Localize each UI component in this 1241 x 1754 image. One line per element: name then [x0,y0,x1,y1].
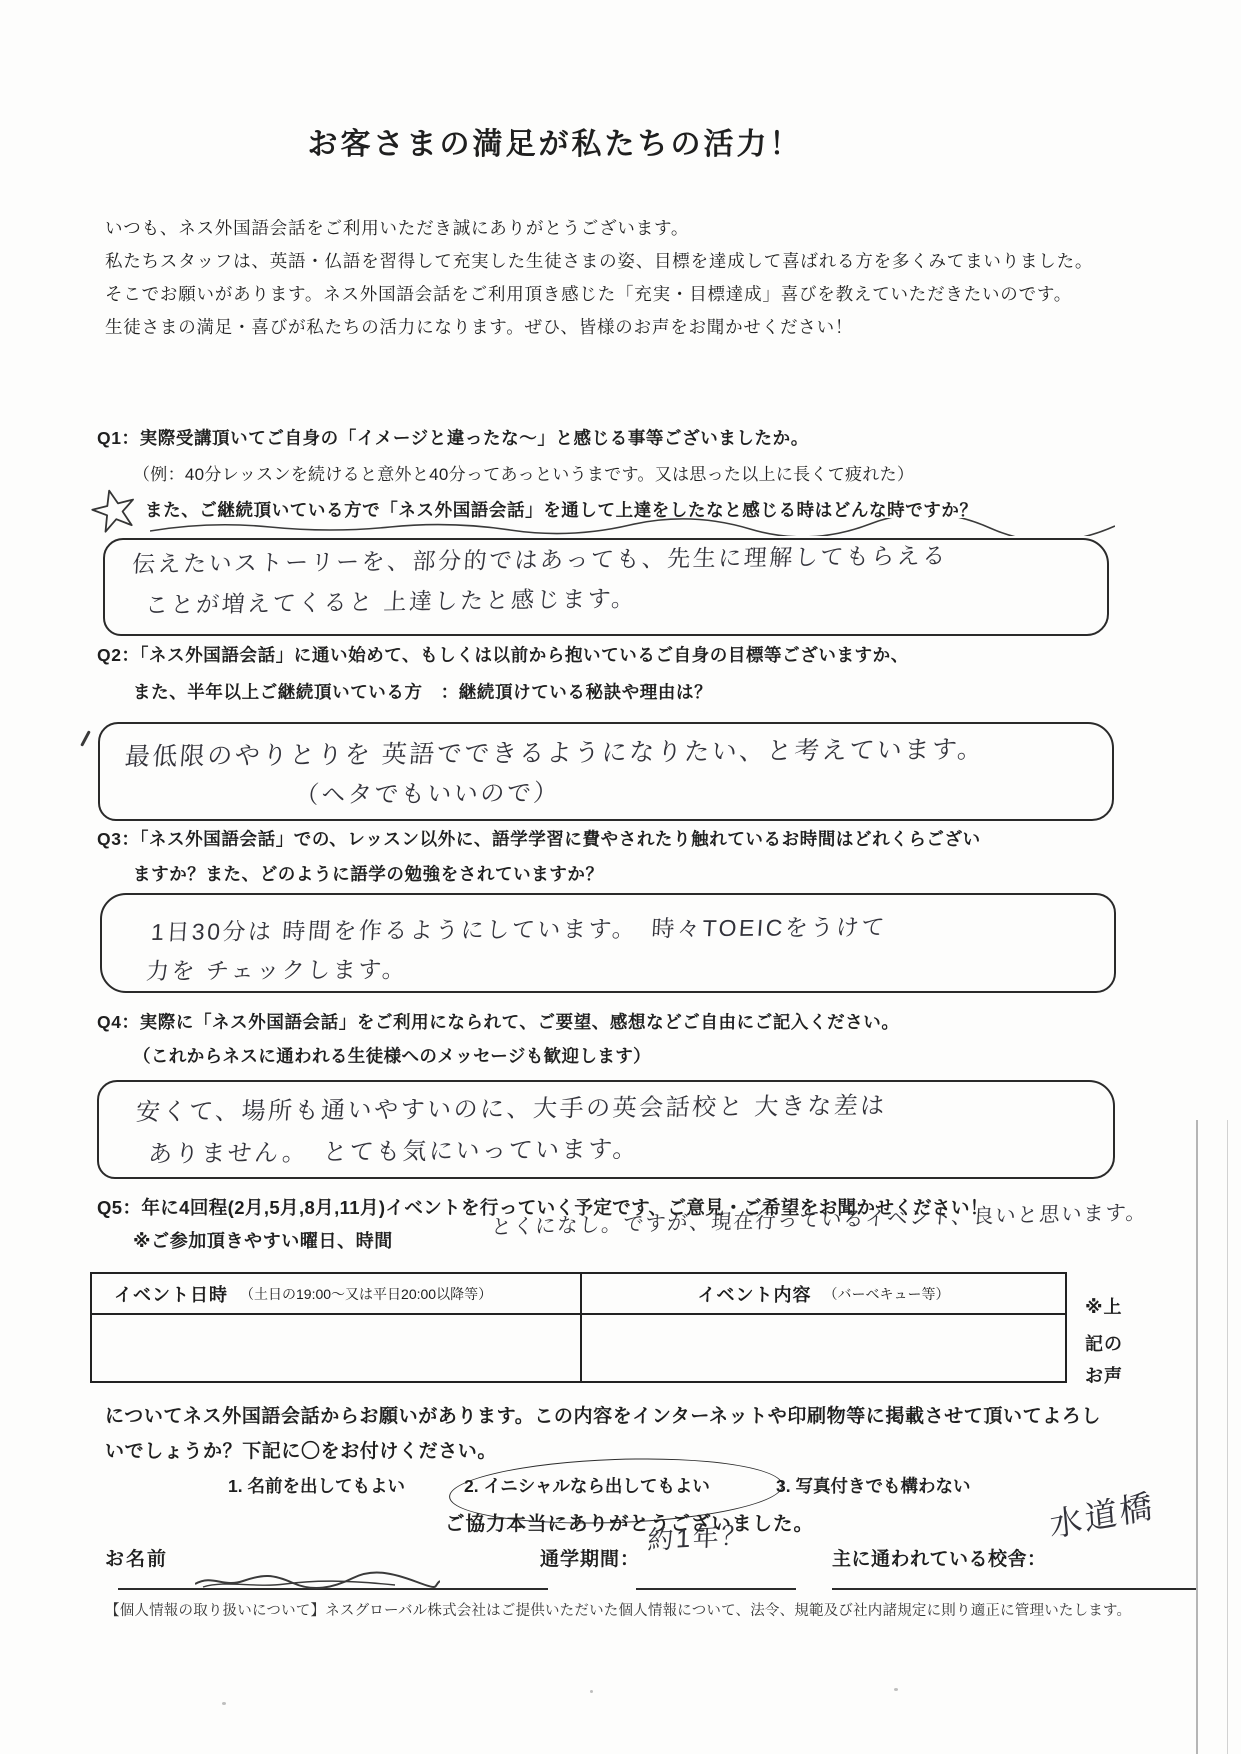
q3-answer-text-line2: 力を チェックします。 [145,955,408,986]
page-title: お客さまの満足が私たちの活力！ [0,126,1110,164]
period-value: 約1年？ [647,1519,750,1557]
table-side-note-line2: 記の [1085,1333,1123,1356]
consent-option-name[interactable]: 1. 名前を出してもよい [228,1476,405,1498]
scan-speck [590,1690,593,1693]
q4-label-line1: Q4：実際に「ネス外国語会話」をご利用になられて、ご要望、感想などご自由にご記入… [97,1012,900,1034]
scan-speck [222,1702,226,1705]
q2-label-line1: Q2：「ネス外国語会話」に通い始めて、もしくは以前から抱いているご自身の目標等ご… [97,645,909,667]
scan-speck [894,1688,898,1691]
event-content-title: イベント内容 [698,1281,812,1307]
name-label: お名前 [105,1548,168,1572]
q2-label-line2: また、半年以上ご継続頂いている方 ：継続頂けている秘訣や理由は？ [133,682,712,704]
consent-paragraph-line1: についてネス外国語会話からお願いがあります。この内容をインターネットや印刷物等に… [105,1405,1101,1429]
event-datetime-cell[interactable] [92,1315,582,1381]
q1-example: （例：40分レッスンを続けると意外と40分ってあっというまです。又は思った以上に… [133,464,914,485]
intro-line-1: いつも、ネス外国語会話をご利用いただき誠にありがとうございます。 [105,218,689,240]
event-table: イベント日時 （土日の19:00～又は平日20:00以降等） イベント内容 （バ… [90,1272,1067,1383]
period-field[interactable] [636,1588,796,1590]
name-scribble-icon [195,1568,440,1597]
q1-label: Q1：実際受講頂いてご自身の「イメージと違ったな～」と感じる事等ございましたか。 [97,428,809,450]
scan-edge-line-2 [1227,1120,1228,1754]
consent-paragraph-line2: いでしょうか？下記に〇をお付けください。 [105,1440,497,1464]
period-label: 通学期間： [540,1548,640,1572]
school-value: 水道橋 [1048,1485,1156,1547]
scan-edge-line [1196,1120,1198,1754]
star-icon [90,486,138,539]
event-table-header-datetime: イベント日時 （土日の19:00～又は平日20:00以降等） [92,1274,582,1315]
thanks-message: ご協力本当にありがとうございました。 [445,1512,814,1536]
intro-line-2: 私たちスタッフは、英語・仏語を習得して充実した生徒さまの姿、目標を達成して喜ばれ… [105,251,1093,273]
q2-answer-text-line2: （ヘタでもいいので） [294,779,561,811]
table-side-note-line1: ※上 [1085,1296,1123,1319]
event-table-header-content: イベント内容 （バーベキュー等） [582,1274,1065,1315]
q4-answer-text-line2: ありません。 とても気にいっています。 [147,1135,640,1170]
event-content-cell[interactable] [582,1315,1065,1381]
check-mark-icon [80,730,91,746]
event-datetime-note: （土日の19:00～又は平日20:00以降等） [240,1284,492,1304]
intro-line-4: 生徒さまの満足・喜びが私たちの活力になります。ぜひ、皆様のお声をお聞かせください… [105,317,853,339]
q3-label-line1: Q3：「ネス外国語会話」での、レッスン以外に、語学学習に費やされたり触れているお… [97,829,981,851]
intro-line-3: そこでお願いがあります。ネス外国語会話をご利用頂き感じた「充実・目標達成」喜びを… [105,284,1072,306]
survey-page: お客さまの満足が私たちの活力！ いつも、ネス外国語会話をご利用いただき誠にありが… [0,0,1241,1754]
school-field[interactable] [832,1588,1198,1590]
privacy-note: 【個人情報の取り扱いについて】ネスグローバル株式会社はご提供いただいた個人情報に… [105,1602,1131,1620]
event-datetime-title: イベント日時 [114,1281,228,1307]
q3-label-line2: ますか？また、どのように語学の勉強をされていますか？ [133,864,604,886]
q4-label-line2: （これからネスに通われる生徒様へのメッセージも歓迎します） [133,1046,651,1068]
q5-sublabel: ※ご参加頂きやすい曜日、時間 [133,1230,393,1253]
event-content-note: （バーベキュー等） [824,1284,950,1304]
table-side-note-line3: お声 [1085,1365,1123,1388]
consent-option-photo[interactable]: 3. 写真付きでも構わない [776,1476,970,1498]
q3-answer-text-line1: 1日30分は 時間を作るようにしています。 時々TOEICをうけて [150,913,888,947]
school-label: 主に通われている校舎： [832,1548,1047,1572]
